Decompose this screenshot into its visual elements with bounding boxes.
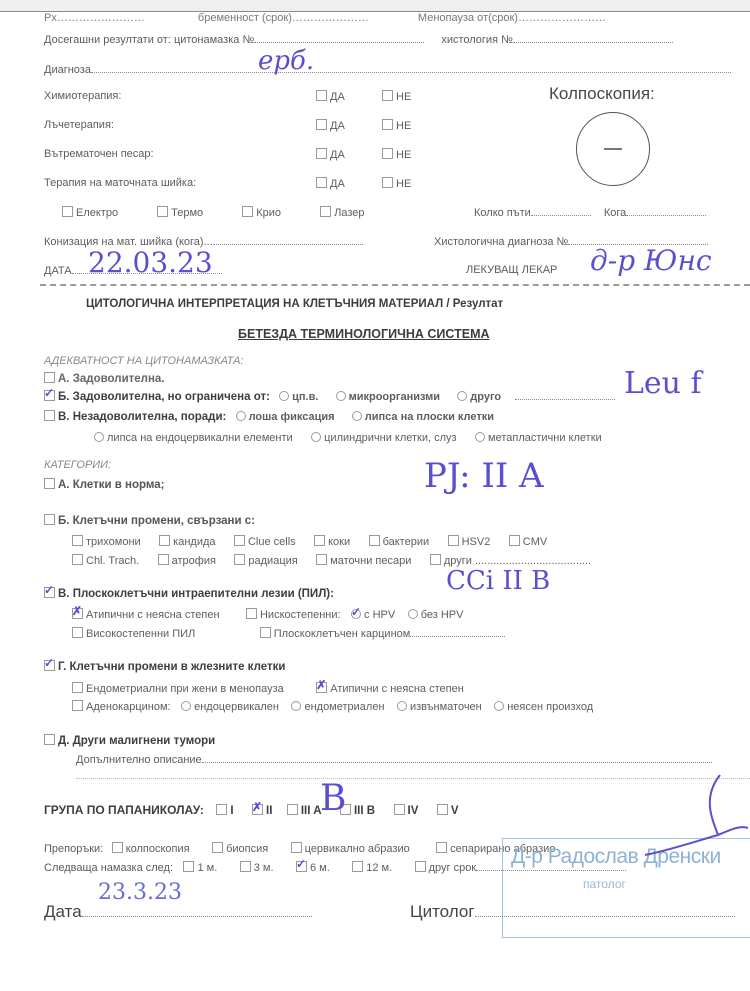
stamp-subtitle: патолог <box>583 877 626 891</box>
category-d-row2: Аденокарцином: ендоцервикален ендометриа… <box>72 697 607 715</box>
footer-date-handwriting: 23.3.23 <box>98 880 182 905</box>
adequacy-handwriting: Leu f <box>624 366 702 401</box>
categories-title: КАТЕГОРИИ: <box>44 459 111 471</box>
cytologist-row: Цитолог <box>410 902 735 922</box>
pap-group-v[interactable]: V <box>437 805 459 817</box>
diagnosis-handwriting: ерб. <box>258 46 314 76</box>
therapy-yes-0[interactable]: ДА <box>316 90 345 103</box>
therapy-no-3[interactable]: НЕ <box>382 177 411 190</box>
adequacy-b[interactable]: ✓Б. Задоволителна, но ограничена от: цп.… <box>44 390 615 403</box>
rec-colposcopy[interactable]: колпоскопия <box>112 843 190 855</box>
adequacy-a[interactable]: А. Задоволителна. <box>44 372 165 385</box>
pap-group-ii[interactable]: ✗II <box>252 805 272 817</box>
category-b-row1: трихомони кандида Clue cells коки бактер… <box>72 532 561 550</box>
checkbox[interactable] <box>382 119 393 130</box>
method-electro[interactable]: Електро <box>62 207 118 219</box>
additional-description[interactable]: Допълнително описание <box>76 753 712 766</box>
rec-cervical-abrasio[interactable]: цервикално абразио <box>291 843 410 855</box>
histology-label: хистология № <box>441 34 513 46</box>
therapy-yes-2[interactable]: ДА <box>316 148 345 161</box>
rh-field: Рх…………………… <box>44 12 145 24</box>
previous-results-label: Досегашни резултати от: цитонамазка № <box>44 34 254 46</box>
method-thermo[interactable]: Термо <box>157 207 203 219</box>
adequacy-c[interactable]: В. Незадоволителна, поради: лоша фиксаци… <box>44 410 508 423</box>
category-c-row2: Високостепенни ПИЛ Плоскоклетъчен карцин… <box>72 624 519 642</box>
therapy-yes-1[interactable]: ДА <box>316 119 345 132</box>
colposcopy-dash <box>604 148 622 150</box>
diagnosis-label: Диагноза <box>44 64 91 76</box>
date-handwriting: 22.03.23 <box>88 246 213 279</box>
pregnancy-field: бременност (срок)………………… <box>198 12 369 24</box>
category-c-row1: ✗Атипични с неясна степен Нискостепенни:… <box>72 605 477 623</box>
category-c[interactable]: ✓В. Плоскоклетъчни интраепителни лезии (… <box>44 587 334 600</box>
next-1m[interactable]: 1 м. <box>183 862 217 874</box>
pap-group-iiia[interactable]: III A <box>287 805 322 817</box>
rec-biopsy[interactable]: биопсия <box>212 843 268 855</box>
adequacy-title: АДЕКВАТНОСТ НА ЦИТОНАМАЗКАТА: <box>44 355 244 367</box>
pap-group-iv[interactable]: IV <box>394 805 419 817</box>
checkbox[interactable] <box>382 90 393 101</box>
header-partial-row: Рх…………………… бременност (срок)………………… Мено… <box>44 12 606 24</box>
checkbox[interactable] <box>316 177 327 188</box>
recommendations-row: Препоръки: колпоскопия биопсия цервикалн… <box>44 839 569 857</box>
signature <box>640 770 750 860</box>
how-many-row: Колко пъти Кога <box>474 206 706 219</box>
doctor-handwriting: д-р Юнс <box>590 244 712 277</box>
therapy-label-1: Лъчетерапия: <box>44 119 114 131</box>
method-cryo[interactable]: Крио <box>242 207 281 219</box>
checkbox[interactable] <box>316 119 327 130</box>
papanicolaou-row: ГРУПА ПО ПАПАНИКОЛАУ: I ✗II III A III B … <box>44 801 459 819</box>
papanicolaou-handwriting: B <box>320 778 346 819</box>
next-3m[interactable]: 3 м. <box>240 862 274 874</box>
previous-results-row: Досегашни резултати от: цитонамазка № хи… <box>44 33 673 46</box>
diagnosis-row: Диагноза <box>44 63 731 76</box>
footer-date-row: Дата <box>44 902 312 922</box>
doctor-label: ЛЕКУВАЩ ЛЕКАР <box>466 264 557 276</box>
category-e[interactable]: Д. Други малигнени тумори <box>44 734 215 747</box>
checkbox[interactable] <box>382 177 393 188</box>
category-b-handwriting: CCi II B <box>446 566 550 596</box>
next-6m[interactable]: ✓6 м. <box>296 862 330 874</box>
adequacy-c-options2: липса на ендоцервикални елементи цилиндр… <box>94 428 616 446</box>
next-12m[interactable]: 12 м. <box>352 862 392 874</box>
checkbox[interactable] <box>316 148 327 159</box>
therapy-no-1[interactable]: НЕ <box>382 119 411 132</box>
therapy-no-0[interactable]: НЕ <box>382 90 411 103</box>
interpretation-title: ЦИТОЛОГИЧНА ИНТЕРПРЕТАЦИЯ НА КЛЕТЪЧНИЯ М… <box>86 298 503 310</box>
checkbox[interactable] <box>316 90 327 101</box>
bethesda-title: БЕТЕЗДА ТЕРМИНОЛОГИЧНА СИСТЕМА <box>238 327 490 341</box>
category-a[interactable]: А. Клетки в норма; <box>44 478 164 491</box>
menopause-field: Менопауза от(срок)…………………… <box>418 12 606 24</box>
therapy-no-2[interactable]: НЕ <box>382 148 411 161</box>
category-d-row1: Ендометриални при жени в менопауза ✗Атип… <box>72 679 478 697</box>
category-a-handwriting: PJ: II A <box>424 456 544 496</box>
category-d[interactable]: ✓Г. Клетъчни промени в жлезните клетки <box>44 660 285 673</box>
category-b[interactable]: Б. Клетъчни промени, свързани с: <box>44 514 255 527</box>
section-divider <box>40 284 750 286</box>
pap-group-i[interactable]: I <box>216 805 233 817</box>
colposcopy-title: Колпоскопия: <box>549 84 655 104</box>
therapy-yes-3[interactable]: ДА <box>316 177 345 190</box>
method-laser[interactable]: Лазер <box>320 207 364 219</box>
checkbox[interactable] <box>382 148 393 159</box>
therapy-label-2: Вътрематочен песар: <box>44 148 154 160</box>
therapy-label-3: Терапия на маточната шийка: <box>44 177 196 189</box>
viewer-top-bar <box>0 0 750 12</box>
therapy-label-0: Химиотерапия: <box>44 90 121 102</box>
methods-row: Електро Термо Крио Лазер <box>62 206 378 219</box>
